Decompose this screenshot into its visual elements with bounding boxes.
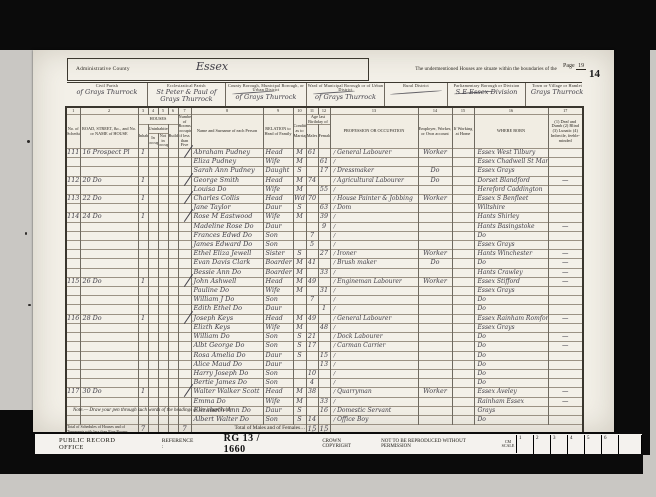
cell-building <box>168 360 178 369</box>
cell-address <box>80 185 138 194</box>
col-header-road: ROAD, STREET, &c., and No. or NAME of HO… <box>80 115 138 149</box>
cell-address <box>80 333 138 342</box>
cell-relation: Son <box>263 342 293 351</box>
cell-infirmity <box>548 360 583 369</box>
cell-profession: Agricultural Labourer <box>330 176 418 185</box>
cell-profession: Engineman Labourer <box>330 277 418 286</box>
cell-born: Do <box>474 379 548 388</box>
cell-at-home <box>452 158 474 167</box>
table-row: Jane TaylorDaurS63DomWiltshire <box>66 204 583 213</box>
district-value: of Grays Thurrock <box>307 94 384 101</box>
cell-age-m <box>306 185 318 194</box>
cell-building <box>168 241 178 250</box>
cell-age-m: 61 <box>306 149 318 158</box>
cell-inhabited <box>138 158 148 167</box>
cm-scale: CM SCALE 123456 <box>500 434 642 454</box>
cell-name: Emma Do <box>191 397 263 406</box>
col-header-in-occupation: In occupation <box>148 133 158 148</box>
cell-age-m: 21 <box>306 333 318 342</box>
cell-age-m <box>306 305 318 314</box>
cell-name: Bessie Ann Do <box>191 268 263 277</box>
col-header-employer: Employer, Worker, or Own account <box>418 115 452 149</box>
cell-age-m: 17 <box>306 342 318 351</box>
cell-un-not <box>158 379 168 388</box>
table-row: James Edward DoSon5Essex Grays <box>66 241 583 250</box>
cell-rooms <box>178 287 191 296</box>
cell-age-f: 17 <box>318 167 330 176</box>
cell-relation: Head <box>263 195 293 204</box>
cell-relation: Boarder <box>263 268 293 277</box>
cell-born: Grays <box>474 406 548 415</box>
cell-name: Rose M Eastwood <box>191 213 263 222</box>
cell-schedule <box>66 369 80 378</box>
cell-relation: Wife <box>263 323 293 332</box>
cell-condition: Wd <box>293 195 306 204</box>
cell-building <box>168 277 178 286</box>
table-row: Eliza PudneyWifeM61Essex Chadwell St Mar… <box>66 158 583 167</box>
cell-name: Madeline Rose Do <box>191 222 263 231</box>
cell-condition <box>293 369 306 378</box>
cell-inhabited <box>138 250 148 259</box>
cell-un-not <box>158 231 168 240</box>
cell-address <box>80 415 138 424</box>
cell-condition <box>293 296 306 305</box>
cell-profession <box>330 360 418 369</box>
cell-infirmity <box>548 415 583 424</box>
pen-stroke <box>390 90 442 95</box>
cell-address <box>80 397 138 406</box>
cell-born: Hereford Caddington <box>474 185 548 194</box>
cell-un-occ <box>148 250 158 259</box>
pro-office-label: PUBLIC RECORD OFFICE <box>59 437 136 451</box>
table-row: Louisa DoWifeM55Hereford Caddington <box>66 185 583 194</box>
cell-building <box>168 379 178 388</box>
cell-name: Frances Edwd Do <box>191 231 263 240</box>
cell-un-not <box>158 314 168 323</box>
cell-un-occ <box>148 149 158 158</box>
cell-building <box>168 259 178 268</box>
cell-un-occ <box>148 268 158 277</box>
cell-infirmity: — <box>548 314 583 323</box>
cell-profession <box>330 369 418 378</box>
cell-profession: Carman Carrier <box>330 342 418 351</box>
cell-employer <box>418 397 452 406</box>
cell-name: Louisa Do <box>191 185 263 194</box>
film-edge-bottom <box>0 452 643 474</box>
cell-building <box>168 195 178 204</box>
cell-age-m <box>306 250 318 259</box>
cell-employer <box>418 360 452 369</box>
cell-age-m: 74 <box>306 176 318 185</box>
cell-name: Eliza Pudney <box>191 158 263 167</box>
cell-relation: Daur <box>263 406 293 415</box>
cell-relation: Daught <box>263 167 293 176</box>
cell-profession: General Labourer <box>330 149 418 158</box>
cell-name: Charles Collis <box>191 195 263 204</box>
cell-address <box>80 259 138 268</box>
census-table: 1234567891011121314151617 No. of Schedul… <box>65 106 584 441</box>
cell-building <box>168 369 178 378</box>
cell-profession <box>330 222 418 231</box>
cell-age-f <box>318 379 330 388</box>
cell-profession <box>330 351 418 360</box>
cell-relation: Head <box>263 277 293 286</box>
cell-address <box>80 342 138 351</box>
cell-at-home <box>452 250 474 259</box>
cell-age-m <box>306 406 318 415</box>
cell-rooms <box>178 397 191 406</box>
cell-inhabited <box>138 397 148 406</box>
cell-schedule <box>66 333 80 342</box>
cell-relation: Boarder <box>263 259 293 268</box>
cell-inhabited: 1 <box>138 213 148 222</box>
cell-un-not <box>158 195 168 204</box>
table-row: Albert Walter DoSonS14Office BoyDo <box>66 415 583 424</box>
cell-schedule <box>66 204 80 213</box>
cell-name: Bertie James Do <box>191 379 263 388</box>
district-cell: Ward of Municipal Borough or of Urban Di… <box>307 83 385 106</box>
cell-inhabited <box>138 268 148 277</box>
cell-un-not <box>158 388 168 397</box>
cell-employer <box>418 158 452 167</box>
cell-un-not <box>158 360 168 369</box>
cell-name: Albert Walter Do <box>191 415 263 424</box>
cell-schedule: 117 <box>66 388 80 397</box>
cell-at-home <box>452 241 474 250</box>
cell-address <box>80 231 138 240</box>
cell-un-occ <box>148 296 158 305</box>
cell-address <box>80 369 138 378</box>
cell-age-m <box>306 158 318 167</box>
cell-condition: M <box>293 158 306 167</box>
cell-infirmity: — <box>548 342 583 351</box>
microfilm-scan-viewport: Administrative County Essex The undermen… <box>0 0 656 497</box>
cell-inhabited: 1 <box>138 277 148 286</box>
cell-at-home <box>452 388 474 397</box>
column-number: 4 <box>148 107 158 115</box>
cell-schedule <box>66 185 80 194</box>
footnote: Note.— Draw your pen through such words … <box>73 408 233 413</box>
cell-age-f <box>318 314 330 323</box>
district-value: of Grays Thurrock <box>67 89 147 96</box>
cell-age-m <box>306 268 318 277</box>
table-row: 11322 Do1Charles CollisHeadWd70House Pai… <box>66 195 583 204</box>
cell-schedule <box>66 231 80 240</box>
cell-employer: Do <box>418 176 452 185</box>
cell-employer <box>418 415 452 424</box>
cell-name: Harry Joseph Do <box>191 369 263 378</box>
cell-condition: M <box>293 268 306 277</box>
cell-inhabited <box>138 415 148 424</box>
cell-inhabited <box>138 351 148 360</box>
cell-employer <box>418 287 452 296</box>
cell-un-occ <box>148 277 158 286</box>
cell-un-not <box>158 369 168 378</box>
cell-rooms <box>178 296 191 305</box>
page-number-value: 19 <box>576 63 586 70</box>
cell-age-m: 38 <box>306 388 318 397</box>
cell-name: Edith Ethel Do <box>191 305 263 314</box>
col-header-name: Name and Surname of each Person <box>191 115 263 149</box>
table-row: Albt George DoSonS17Carman CarrierDo— <box>66 342 583 351</box>
cell-at-home <box>452 287 474 296</box>
cell-building <box>168 415 178 424</box>
cell-profession: Dock Labourer <box>330 333 418 342</box>
cell-born: Essex Chadwell St Mary <box>474 158 548 167</box>
cell-employer <box>418 342 452 351</box>
col-header-not-in-occupation: Not in occupation <box>158 133 168 148</box>
cm-scale-label: CM SCALE <box>500 440 516 449</box>
cell-rooms <box>178 277 191 286</box>
pro-copyright-label: CROWN COPYRIGHT <box>322 439 367 449</box>
cell-infirmity: — <box>548 222 583 231</box>
cell-employer <box>418 305 452 314</box>
cell-name: William Do <box>191 333 263 342</box>
cell-schedule <box>66 323 80 332</box>
cell-relation: Wife <box>263 213 293 222</box>
cell-building <box>168 351 178 360</box>
cell-relation: Wife <box>263 287 293 296</box>
col-header-at-home: If Working at Home <box>452 115 474 149</box>
cell-address <box>80 250 138 259</box>
cell-rooms <box>178 195 191 204</box>
cell-age-f: 27 <box>318 250 330 259</box>
cell-condition <box>293 379 306 388</box>
cell-rooms <box>178 176 191 185</box>
cell-age-f: 33 <box>318 397 330 406</box>
cell-infirmity <box>548 231 583 240</box>
cell-infirmity <box>548 406 583 415</box>
cell-born: Essex Rainham Romford <box>474 314 548 323</box>
cell-age-f <box>318 149 330 158</box>
column-number: 7 <box>178 107 191 115</box>
cell-address <box>80 305 138 314</box>
cell-condition <box>293 231 306 240</box>
table-row: 11526 Do1John AshwellHeadM49Engineman La… <box>66 277 583 286</box>
cell-born: Essex Grays <box>474 167 548 176</box>
table-row: Edith Ethel DoDaur1Do <box>66 305 583 314</box>
film-speck <box>27 140 30 143</box>
cell-rooms <box>178 213 191 222</box>
cell-profession: Ironer <box>330 250 418 259</box>
col-header-females: Females <box>318 125 330 149</box>
cell-age-f <box>318 176 330 185</box>
cell-inhabited <box>138 360 148 369</box>
film-edge-top <box>0 0 656 50</box>
administrative-county-label: Administrative County <box>76 66 130 72</box>
cell-un-occ <box>148 323 158 332</box>
table-row: Ethel Eliza JewellSisterS27IronerWorkerH… <box>66 250 583 259</box>
cell-born: Do <box>474 296 548 305</box>
cell-relation: Head <box>263 149 293 158</box>
col-header-building: Building <box>168 125 178 149</box>
cell-infirmity <box>548 241 583 250</box>
cell-age-f: 13 <box>318 360 330 369</box>
cell-un-not <box>158 167 168 176</box>
cell-age-m: 7 <box>306 231 318 240</box>
column-number: 15 <box>452 107 474 115</box>
cell-building <box>168 287 178 296</box>
cell-at-home <box>452 333 474 342</box>
cell-condition: S <box>293 250 306 259</box>
cell-un-not <box>158 323 168 332</box>
cell-employer <box>418 333 452 342</box>
cell-employer <box>418 185 452 194</box>
cell-born: Do <box>474 360 548 369</box>
column-number: 9 <box>263 107 293 115</box>
cell-un-occ <box>148 213 158 222</box>
cell-age-f <box>318 333 330 342</box>
cell-at-home <box>452 149 474 158</box>
district-cell: Parliamentary Borough or DivisionS E Ess… <box>448 83 526 106</box>
cell-building <box>168 250 178 259</box>
cell-employer <box>418 351 452 360</box>
cell-relation: Daur <box>263 222 293 231</box>
cell-un-not <box>158 213 168 222</box>
cell-condition: S <box>293 342 306 351</box>
cell-at-home <box>452 305 474 314</box>
cell-employer: Worker <box>418 388 452 397</box>
table-row: Emma DoWifeM33Rainham Essex— <box>66 397 583 406</box>
cell-relation: Daur <box>263 360 293 369</box>
cell-age-f: 1 <box>318 305 330 314</box>
cell-at-home <box>452 204 474 213</box>
cell-age-f <box>318 231 330 240</box>
cell-un-occ <box>148 379 158 388</box>
cell-profession: Dressmaker <box>330 167 418 176</box>
cell-born: Do <box>474 342 548 351</box>
cell-un-occ <box>148 185 158 194</box>
cell-inhabited <box>138 379 148 388</box>
cell-building <box>168 296 178 305</box>
cell-employer <box>418 241 452 250</box>
cell-un-occ <box>148 241 158 250</box>
cell-address: 24 Do <box>80 213 138 222</box>
cm-scale-ruler: 123456 <box>516 435 642 453</box>
cell-rooms <box>178 360 191 369</box>
cell-rooms <box>178 241 191 250</box>
film-speck <box>25 232 27 235</box>
cell-condition: S <box>293 415 306 424</box>
cell-building <box>168 176 178 185</box>
cell-infirmity: — <box>548 388 583 397</box>
cell-name: Alice Maud Do <box>191 360 263 369</box>
cell-relation: Daur <box>263 305 293 314</box>
cell-inhabited <box>138 296 148 305</box>
cell-at-home <box>452 231 474 240</box>
cell-infirmity: — <box>548 268 583 277</box>
cell-building <box>168 149 178 158</box>
cell-inhabited: 1 <box>138 314 148 323</box>
cell-at-home <box>452 323 474 332</box>
table-row: 11116 Prospect Pl1Abraham PudneyHeadM61G… <box>66 149 583 158</box>
cell-profession: Domestic Servant <box>330 406 418 415</box>
cell-at-home <box>452 360 474 369</box>
table-row: Evan Davis ClarkBoarderM41Brush makerDoD… <box>66 259 583 268</box>
cell-inhabited <box>138 333 148 342</box>
pro-reference-strip: PUBLIC RECORD OFFICE REFERENCE : RG 13 /… <box>35 432 642 454</box>
table-row: 11628 Do1Joseph KeysHeadM49General Labou… <box>66 314 583 323</box>
cell-infirmity <box>548 149 583 158</box>
cell-un-occ <box>148 369 158 378</box>
cell-infirmity <box>548 296 583 305</box>
table-row: Madeline Rose DoDaur9Hants Basingstoke— <box>66 222 583 231</box>
cell-name: Abraham Pudney <box>191 149 263 158</box>
cell-profession <box>330 379 418 388</box>
film-edge-bottom-left <box>0 410 36 474</box>
cell-at-home <box>452 351 474 360</box>
cell-employer: Worker <box>418 195 452 204</box>
cell-un-occ <box>148 388 158 397</box>
col-header-age-group: Age last Birthday of <box>306 115 330 125</box>
cell-employer: Do <box>418 259 452 268</box>
cell-un-not <box>158 397 168 406</box>
cell-infirmity <box>548 213 583 222</box>
cell-age-m: 14 <box>306 415 318 424</box>
column-number: 17 <box>548 107 583 115</box>
cell-at-home <box>452 195 474 204</box>
cell-age-m: 4 <box>306 379 318 388</box>
cell-name: Rosa Amelia Do <box>191 351 263 360</box>
cell-name: Evan Davis Clark <box>191 259 263 268</box>
cell-profession <box>330 241 418 250</box>
table-header: 1234567891011121314151617 No. of Schedul… <box>66 107 583 149</box>
cell-building <box>168 388 178 397</box>
cell-un-occ <box>148 305 158 314</box>
cell-infirmity <box>548 369 583 378</box>
cell-age-m: 70 <box>306 195 318 204</box>
cell-employer <box>418 268 452 277</box>
cell-profession: House Painter & Jobbing <box>330 195 418 204</box>
cell-born: Hants Winchester <box>474 250 548 259</box>
cell-un-not <box>158 342 168 351</box>
table-row: 11220 Do1George SmithHeadM74Agricultural… <box>66 176 583 185</box>
cell-un-occ <box>148 397 158 406</box>
cell-age-f <box>318 342 330 351</box>
col-header-born: WHERE BORN <box>474 115 548 149</box>
cell-schedule <box>66 222 80 231</box>
cell-born: Hants Shirley <box>474 213 548 222</box>
cell-un-occ <box>148 167 158 176</box>
col-header-rooms: Number of Rooms occupied if less than Fi… <box>178 115 191 149</box>
cell-address <box>80 222 138 231</box>
cell-relation: Wife <box>263 185 293 194</box>
cell-at-home <box>452 415 474 424</box>
cell-schedule <box>66 296 80 305</box>
district-cell: Ecclesiastical ParishSt Peter & Paul of … <box>148 83 226 106</box>
cell-inhabited <box>138 259 148 268</box>
cell-un-not <box>158 158 168 167</box>
scale-mark: 5 <box>585 435 602 454</box>
column-number: 14 <box>418 107 452 115</box>
cell-age-m <box>306 287 318 296</box>
cell-at-home <box>452 342 474 351</box>
cell-un-occ <box>148 231 158 240</box>
cell-employer <box>418 369 452 378</box>
cell-condition: M <box>293 149 306 158</box>
cell-schedule <box>66 241 80 250</box>
cell-at-home <box>452 268 474 277</box>
cell-rooms <box>178 305 191 314</box>
cell-schedule: 116 <box>66 314 80 323</box>
cell-address: 28 Do <box>80 314 138 323</box>
cell-inhabited <box>138 222 148 231</box>
table-row: Alice Maud DoDaur13Do <box>66 360 583 369</box>
cell-condition: M <box>293 287 306 296</box>
cell-un-not <box>158 222 168 231</box>
column-number: 5 <box>158 107 168 115</box>
cell-schedule <box>66 158 80 167</box>
